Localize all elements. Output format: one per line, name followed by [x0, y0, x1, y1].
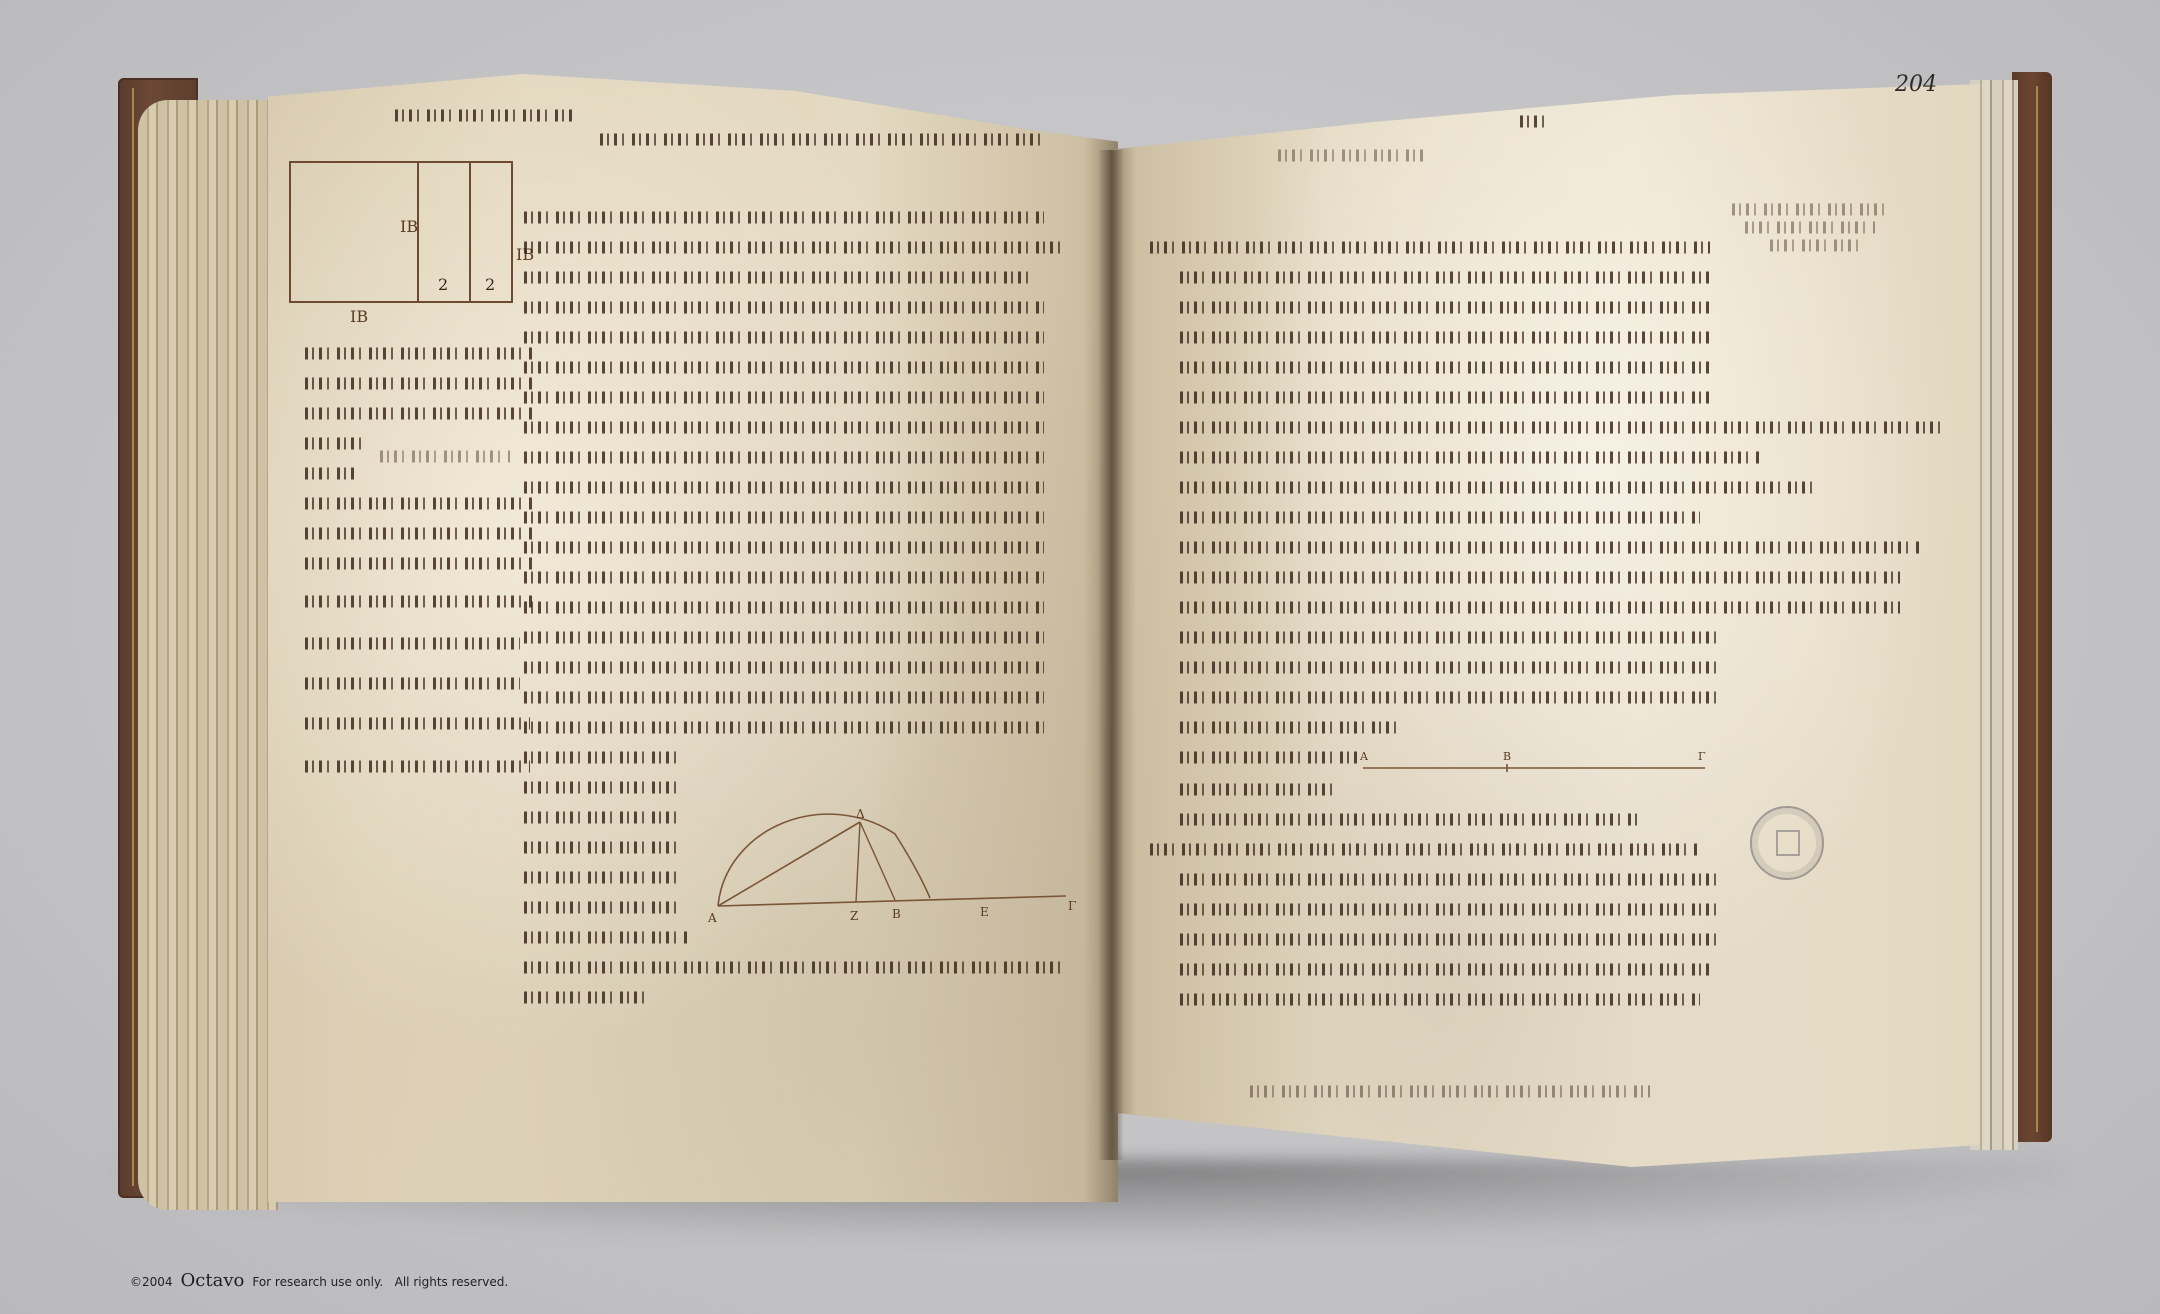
svg-text:2: 2: [485, 275, 495, 294]
footer: ©2004 Octavo For research use only. All …: [130, 1270, 508, 1291]
svg-text:Β: Β: [892, 907, 901, 921]
svg-text:Β: Β: [1503, 750, 1511, 763]
brand-name: Octavo: [181, 1270, 245, 1291]
svg-text:2: 2: [438, 275, 448, 294]
svg-text:Δ: Δ: [856, 807, 865, 821]
right-header-note: [1278, 144, 1428, 166]
svg-text:Ε: Ε: [980, 905, 989, 919]
svg-text:Α: Α: [1359, 750, 1369, 763]
left-top-margin-note: [395, 104, 575, 126]
rights-notice: For research use only. All rights reserv…: [252, 1275, 508, 1289]
svg-text:Γ: Γ: [1698, 750, 1706, 763]
right-header-mark: [1520, 110, 1544, 132]
svg-text:ΙΒ: ΙΒ: [400, 217, 418, 236]
library-stamp: [1750, 806, 1824, 880]
gutter-shadow: [1098, 150, 1124, 1160]
left-header-text: [600, 128, 1045, 150]
copyright-text: ©2004: [130, 1275, 173, 1289]
left-page-edges: [138, 100, 278, 1210]
folio-number: 204: [1895, 72, 1937, 97]
svg-text:Α: Α: [707, 911, 717, 925]
right-cover-binding: [2012, 72, 2052, 1142]
svg-text:Γ: Γ: [1068, 899, 1076, 913]
manuscript-spread: 204 ΙΒ ΙΒ ΙΒ 2 2: [0, 0, 2160, 1314]
line-diagram: Α Β Γ: [1360, 750, 1710, 780]
rectangle-diagram: ΙΒ ΙΒ ΙΒ 2 2: [280, 150, 540, 330]
svg-text:ΙΒ: ΙΒ: [350, 307, 368, 326]
svg-text:Ζ: Ζ: [850, 909, 858, 923]
semicircle-diagram: Α Δ Ζ Β Ε Γ: [700, 790, 1090, 930]
